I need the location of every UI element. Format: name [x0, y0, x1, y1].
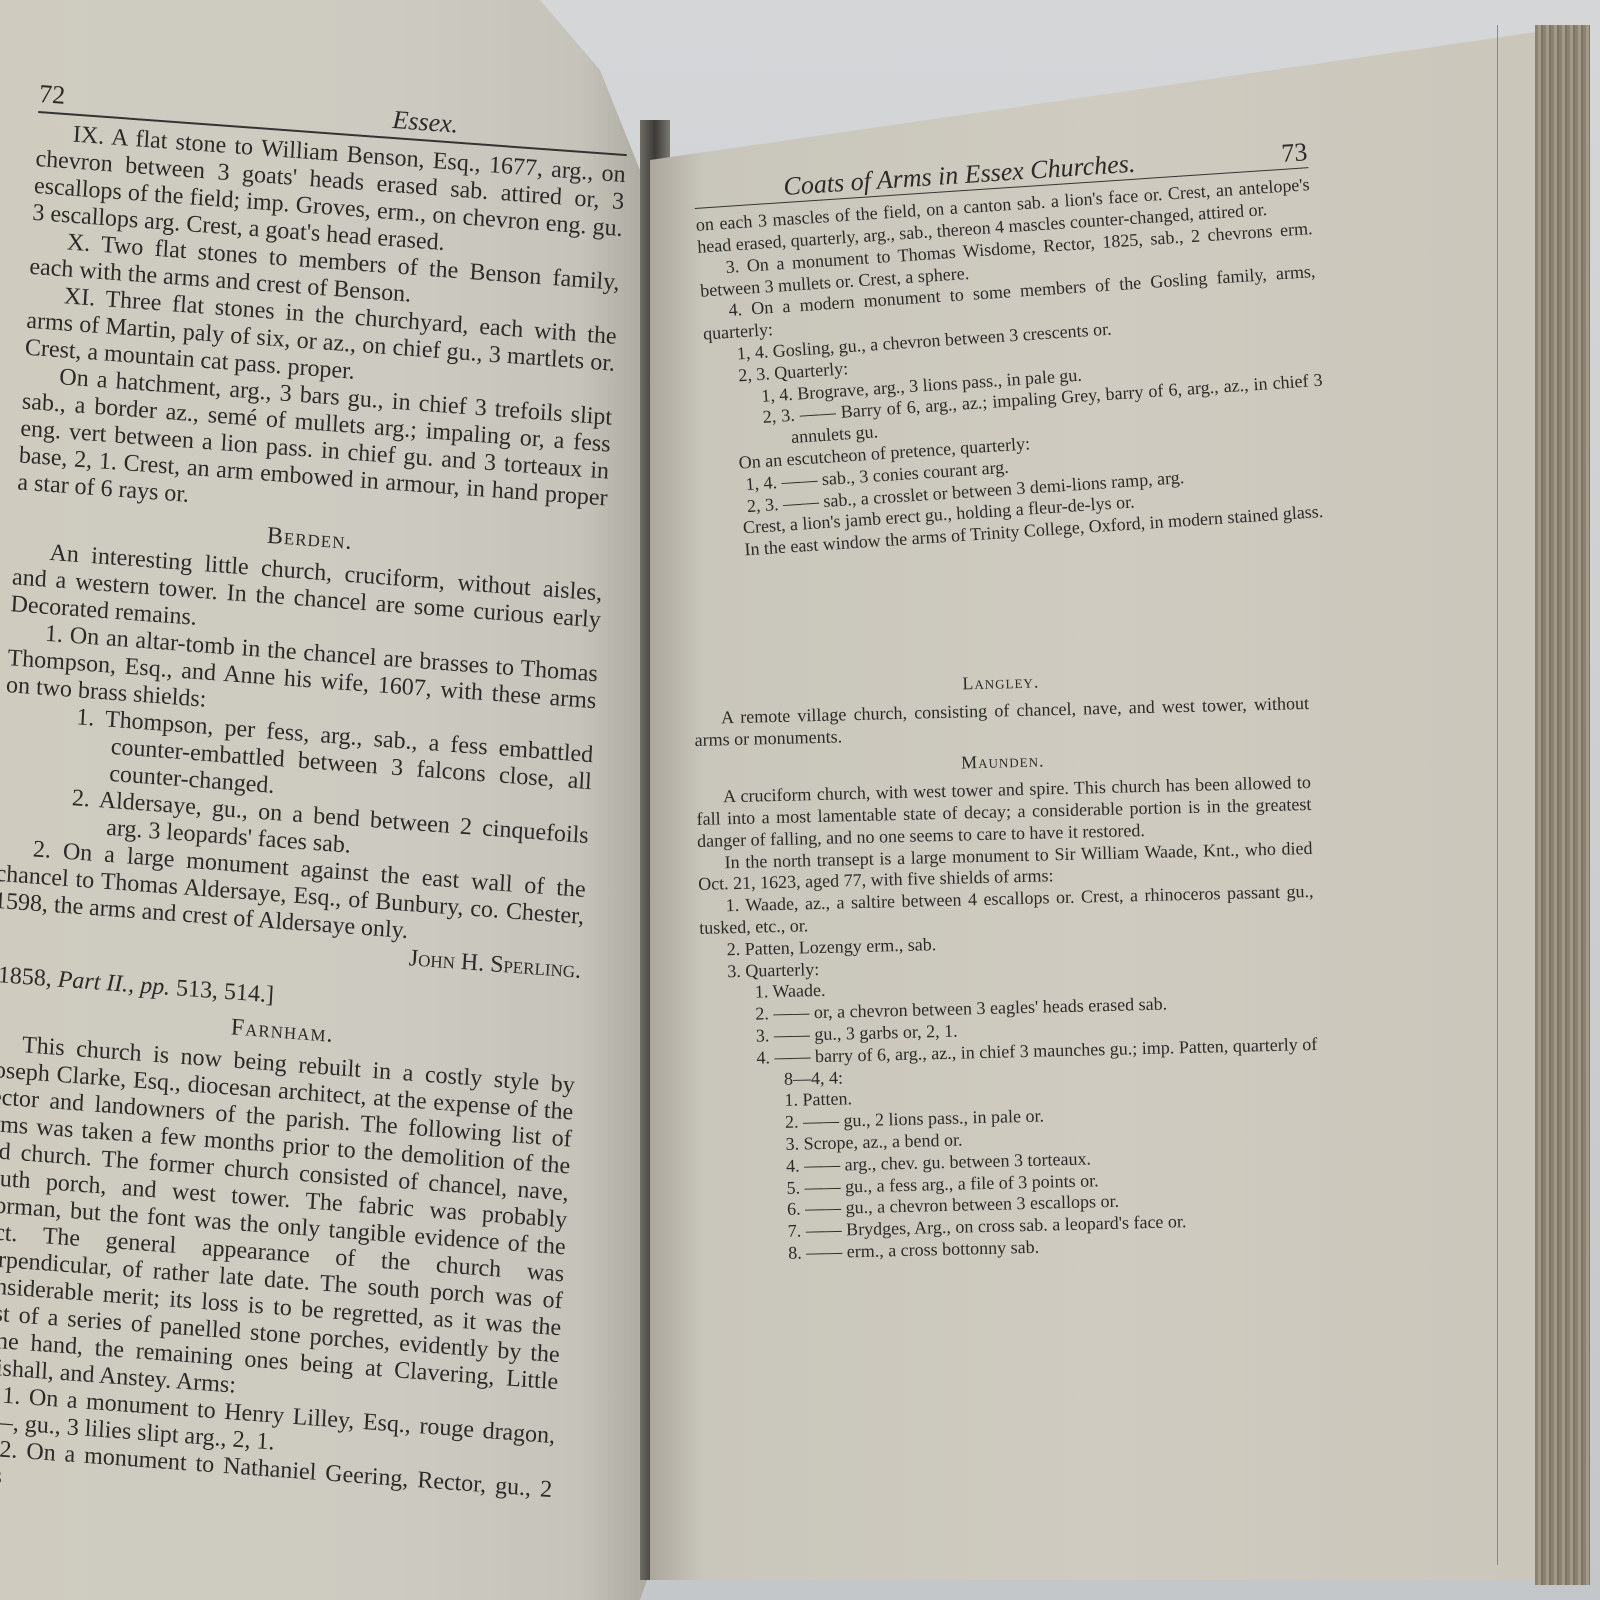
farnham-intro: This church is now being rebuilt in a co…: [0, 1029, 575, 1423]
langley-text: A remote village church, consisting of c…: [694, 693, 1310, 752]
page-block-edge: [1535, 25, 1590, 1585]
right-page-text-lower: Langley. A remote village church, consis…: [693, 657, 1322, 1267]
page-margin-edge: [1497, 25, 1498, 1565]
page-number-right: 73: [1281, 141, 1308, 164]
page-number-left: 72: [38, 80, 65, 109]
left-page-text: 72 Essex. IX. A flat stone to William Be…: [0, 80, 629, 1531]
running-head-left: Essex.: [392, 106, 459, 138]
ref-pages: 513, 514.]: [169, 974, 274, 1008]
ref-part: Part II., pp.: [57, 966, 171, 1000]
ref-year: [1858,: [0, 961, 59, 992]
right-page-text: Coats of Arms in Essex Churches. 73 on e…: [693, 141, 1332, 563]
